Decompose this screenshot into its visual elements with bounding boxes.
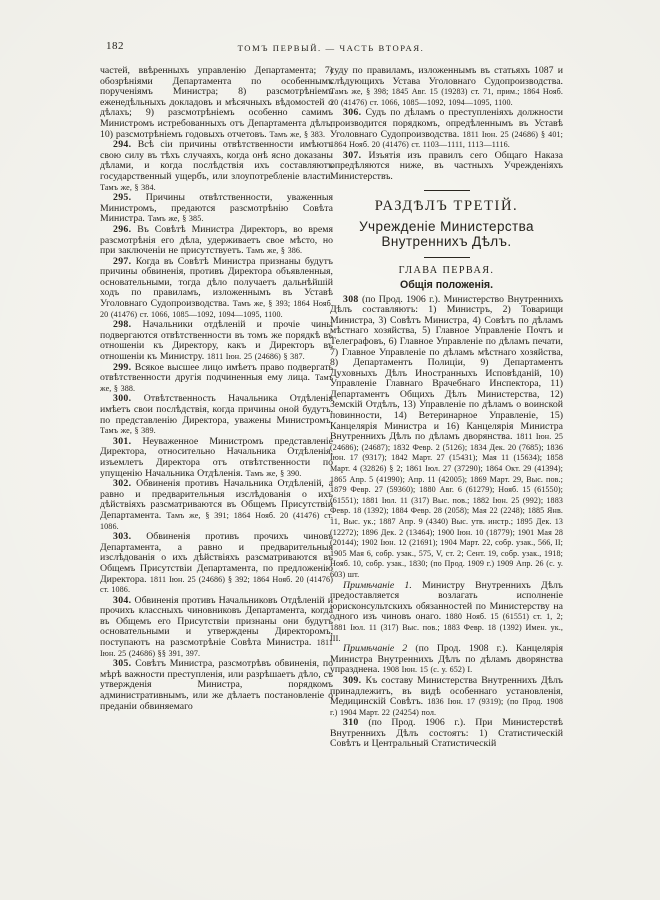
article-number: 307.: [343, 150, 361, 161]
paragraph: 306. Судъ по дѣламъ о преступленіяхъ дол…: [330, 108, 563, 150]
paragraph: 305. Совѣтъ Министра, разсмотрѣвъ обвине…: [100, 659, 333, 712]
article-number: 296.: [113, 224, 131, 235]
section-divider: [424, 190, 470, 191]
citation: 1908 Іюн. 15 (с. у. 652) I.: [383, 665, 473, 674]
paragraph: частей, ввѣренныхъ управленію Департамен…: [100, 66, 333, 140]
citation: 1811 Іюн. 25 (24686) § 392; 1864 Нояб. 2…: [100, 575, 333, 595]
paragraph: 310 (по Прод. 1906 г.). При Министерствѣ…: [330, 718, 563, 750]
running-head: 182 ТОМЪ ПЕРВЫЙ. — ЧАСТЬ ВТОРАЯ.: [100, 40, 562, 54]
section-divider: [424, 257, 470, 258]
paragraph: 297. Когда въ Совѣтѣ Министра признаны б…: [100, 257, 333, 321]
citation: 1880 Нояб. 15 (61551) ст. 1, 2; 1881 Іюл…: [330, 612, 563, 642]
citation: 1811 Іюн. 25 (24686) § 401; 1864 Нояб. 2…: [330, 130, 563, 150]
citation: 1811 Іюн. 25 (24686); (24687); 1832 Февр…: [330, 432, 563, 579]
article-number: 306.: [343, 107, 361, 118]
book-page: 182 ТОМЪ ПЕРВЫЙ. — ЧАСТЬ ВТОРАЯ. частей,…: [0, 0, 660, 900]
paragraph: Примѣчаніе 2 (по Прод. 1908 г.). Канцеля…: [330, 644, 563, 676]
article-number: 294.: [113, 139, 131, 150]
article-number: 302.: [113, 478, 131, 489]
paragraph: 303. Обвиненія противъ прочихъ чиновъ Де…: [100, 532, 333, 596]
citation: Тамъ же, § 386.: [246, 246, 302, 255]
article-number: 310: [343, 717, 359, 728]
article-number: 305.: [113, 658, 131, 669]
citation: Тамъ же, § 383.: [269, 130, 325, 139]
paragraph: 302. Обвиненія противъ Начальника Отдѣле…: [100, 479, 333, 532]
citation: Тамъ же, § 393; 1864 Нояб. 20 (41476) ст…: [100, 299, 333, 319]
citation: 1811 Іюн. 25 (24686) § 387.: [207, 352, 305, 361]
note-label: Примѣчаніе 1.: [343, 580, 412, 591]
article-number: 309.: [343, 675, 361, 686]
section-subtitle: Учрежденіе Министерства Внутреннихъ Дѣлъ…: [330, 219, 563, 250]
paragraph: 308 (по Прод. 1906 г.). Министерство Вну…: [330, 295, 563, 581]
paragraph: суду по правиламъ, изложеннымъ въ статья…: [330, 66, 563, 108]
article-number: 295.: [113, 192, 131, 203]
article-number: 298.: [113, 319, 131, 330]
citation: Тамъ же, § 390.: [246, 469, 302, 478]
citation: 1811 Іюн. 25 (24686) §§ 391, 397.: [100, 638, 333, 658]
citation: Тамъ же, § 398; 1845 Авг. 15 (19283) ст.…: [330, 87, 563, 107]
paragraph: 295. Причины отвѣтственности, уваженныя …: [100, 193, 333, 225]
citation: Тамъ же, § 384.: [100, 183, 156, 192]
paragraph: 300. Отвѣтственность Начальника Отдѣлені…: [100, 394, 333, 436]
section-title: РАЗДѢЛЪ ТРЕТІЙ.: [330, 198, 563, 215]
chapter-subtitle: Общія положенія.: [330, 279, 563, 291]
article-number: 297.: [113, 256, 131, 267]
chapter-title: ГЛАВА ПЕРВАЯ.: [330, 265, 563, 276]
paragraph: 294. Всѣ сіи причины отвѣтственности имѣ…: [100, 140, 333, 193]
citation: Тамъ же, § 389.: [100, 426, 156, 435]
article-number: 299.: [113, 362, 131, 373]
paragraph: 304. Обвиненія противъ Начальниковъ Отдѣ…: [100, 596, 333, 660]
article-number: 300.: [113, 393, 131, 404]
paragraph: 299. Всякое высшее лицо имѣетъ право под…: [100, 363, 333, 395]
article-number: 308: [343, 294, 359, 305]
paragraph: Примѣчаніе 1. Министру Внутреннихъ Дѣлъ …: [330, 581, 563, 645]
citation: Тамъ же, § 391; 1864 Нояб. 20 (41476) ст…: [100, 511, 333, 531]
citation: Тамъ же, § 388.: [100, 373, 333, 393]
paragraph: 309. Къ составу Министерства Внутреннихъ…: [330, 676, 563, 718]
paragraph: 307. Изъятія изъ правилъ сего Общаго Нак…: [330, 151, 563, 183]
text-column-left: частей, ввѣренныхъ управленію Департамен…: [100, 66, 333, 782]
paragraph: 301. Неуваженное Министромъ представлені…: [100, 437, 333, 479]
article-number: 301.: [113, 436, 131, 447]
paragraph: 298. Начальники отдѣленій и прочіе чины …: [100, 320, 333, 362]
citation: Тамъ же, § 385.: [148, 214, 204, 223]
citation: 1836 Іюн. 17 (9319); (по Прод. 1908 г.) …: [330, 697, 563, 717]
text-column-right: суду по правиламъ, изложеннымъ въ статья…: [330, 66, 563, 782]
running-title: ТОМЪ ПЕРВЫЙ. — ЧАСТЬ ВТОРАЯ.: [100, 43, 562, 53]
article-number: 303.: [113, 531, 131, 542]
note-label: Примѣчаніе 2: [343, 643, 407, 654]
paragraph: 296. Въ Совѣтѣ Министра Директоръ, во вр…: [100, 225, 333, 257]
article-number: 304.: [113, 595, 131, 606]
